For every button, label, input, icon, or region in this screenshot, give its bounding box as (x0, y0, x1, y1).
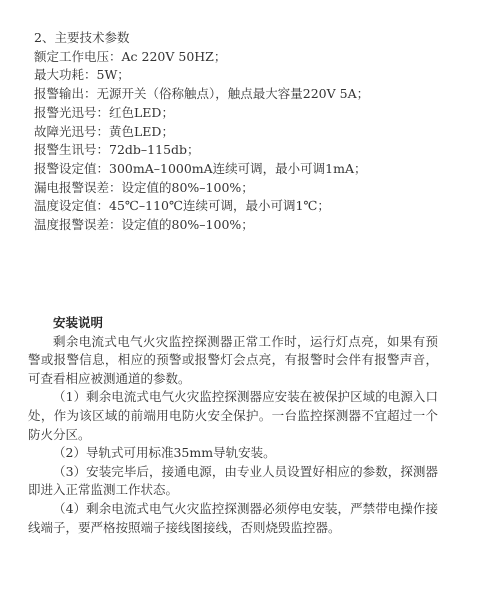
spec-alarm-output: 报警输出：无源开关（俗称触点），触点最大容量220V 5A； (34, 85, 369, 104)
spec-leakage-error: 漏电报警误差：设定值的80%–100%； (34, 179, 369, 198)
spec-alarm-setpoint: 报警设定值：300mA–1000mA连续可调，最小可调1mA； (34, 160, 369, 179)
technical-parameters-section: 2、主要技术参数 额定工作电压：Ac 220V 50HZ； 最大功耗：5W； 报… (34, 29, 369, 235)
section-title: 安装说明 (28, 314, 438, 333)
spec-alarm-sound: 报警生讯号：72db–115db； (34, 141, 369, 160)
section-heading: 2、主要技术参数 (34, 29, 369, 48)
spec-temperature-error: 温度报警误差：设定值的80%–100%； (34, 216, 369, 235)
spec-rated-voltage: 额定工作电压：Ac 220V 50HZ； (34, 48, 369, 67)
paragraph-step-3: （3）安装完毕后，接通电源，由专业人员设置好相应的参数，探测器即进入正常监测工作… (28, 463, 438, 500)
spec-temperature-setpoint: 温度设定值：45℃–110℃连续可调，最小可调1℃； (34, 197, 369, 216)
spec-fault-light: 故障光迅号：黄色LED； (34, 123, 369, 142)
paragraph-step-4: （4）剩余电流式电气火灾监控探测器必须停电安装，严禁带电操作接线端子，要严格按照… (28, 500, 438, 537)
paragraph-step-1: （1）剩余电流式电气火灾监控探测器应安装在被保护区域的电源入口处，作为该区域的前… (28, 388, 438, 444)
installation-instructions-section: 安装说明 剩余电流式电气火灾监控探测器正常工作时，运行灯点亮，如果有预警或报警信… (28, 314, 438, 537)
paragraph-overview: 剩余电流式电气火灾监控探测器正常工作时，运行灯点亮，如果有预警或报警信息，相应的… (28, 333, 438, 389)
paragraph-step-2: （2）导轨式可用标准35mm导轨安装。 (28, 444, 438, 463)
spec-max-power: 最大功耗：5W； (34, 66, 369, 85)
spec-alarm-light: 报警光迅号：红色LED； (34, 104, 369, 123)
